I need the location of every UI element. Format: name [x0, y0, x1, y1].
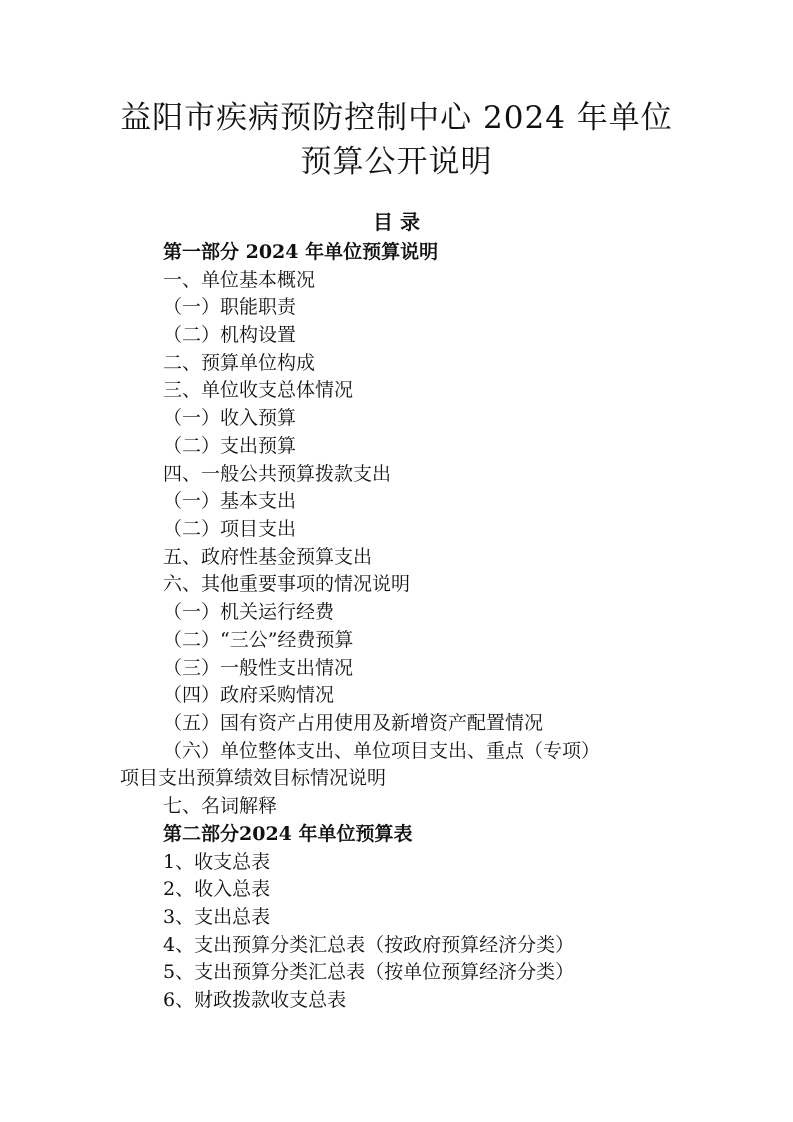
toc-item: 1、收支总表 — [163, 848, 270, 876]
toc-item: 七、名词解释 — [163, 792, 277, 820]
toc-item: （二）“三公”经费预算 — [163, 626, 353, 654]
toc-item: （三）一般性支出情况 — [163, 654, 353, 682]
toc-item: 二、预算单位构成 — [163, 349, 315, 377]
toc-item: 5、支出预算分类汇总表（按单位预算经济分类） — [163, 958, 574, 986]
toc-item: 2、收入总表 — [163, 875, 270, 903]
toc-item: （二）机构设置 — [163, 321, 296, 349]
toc-part-2-heading: 第二部分2024 年单位预算表 — [163, 820, 413, 848]
toc-item: 4、支出预算分类汇总表（按政府预算经济分类） — [163, 931, 574, 959]
toc-item: 三、单位收支总体情况 — [163, 376, 353, 404]
toc-item: （五）国有资产占用使用及新增资产配置情况 — [163, 709, 543, 737]
toc-item: （二）项目支出 — [163, 515, 296, 543]
toc-item: （一）职能职责 — [163, 293, 296, 321]
document-title-line-2: 预算公开说明 — [0, 142, 793, 182]
toc-item: （一）机关运行经费 — [163, 598, 334, 626]
toc-item-continuation: 项目支出预算绩效目标情况说明 — [120, 764, 386, 792]
toc-item: （四）政府采购情况 — [163, 681, 334, 709]
toc-item: （一）基本支出 — [163, 487, 296, 515]
toc-heading: 目 录 — [0, 207, 793, 237]
toc-item: （六）单位整体支出、单位项目支出、重点（专项） — [163, 737, 600, 765]
toc-item: 四、一般公共预算拨款支出 — [163, 460, 391, 488]
toc-item: （一）收入预算 — [163, 404, 296, 432]
document-title-line-1: 益阳市疾病预防控制中心 2024 年单位 — [0, 98, 793, 138]
toc-item: （二）支出预算 — [163, 432, 296, 460]
toc-item: 五、政府性基金预算支出 — [163, 543, 372, 571]
toc-item: 3、支出总表 — [163, 903, 270, 931]
toc-item: 6、财政拨款收支总表 — [163, 986, 346, 1014]
toc-item: 一、单位基本概况 — [163, 266, 315, 294]
toc-part-1-heading: 第一部分 2024 年单位预算说明 — [163, 238, 438, 266]
toc-item: 六、其他重要事项的情况说明 — [163, 570, 410, 598]
